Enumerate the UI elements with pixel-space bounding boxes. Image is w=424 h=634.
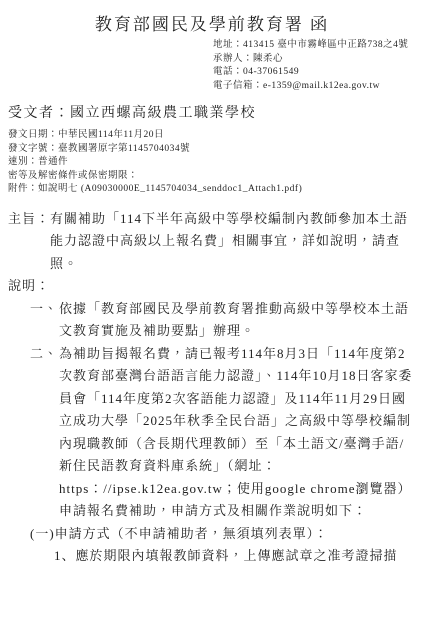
sender-phone: 電話：04-37061549: [213, 66, 416, 80]
recipient-line: 受文者：國立西螺高級農工職業學校: [8, 102, 416, 122]
item-number: 1、: [54, 545, 76, 568]
subject-block: 主旨： 有關補助「114下半年高級中等學校編制內教師參加本土語能力認證中高級以上…: [8, 208, 416, 276]
official-letter-page: 教育部國民及學前教育署 函 地址：413415 臺中市霧峰區中正路738之4號 …: [0, 0, 424, 634]
sender-contact-person: 承辦人：陳柔心: [213, 53, 416, 67]
explanation-item-2: 二、 為補助旨揭報名費，請已報考114年8月3日「114年度第2次教育部臺灣台語…: [30, 343, 416, 523]
meta-block: 發文日期：中華民國114年11月20日 發文字號：臺教國署原字第11457040…: [8, 129, 416, 197]
sender-email: 電子信箱：e-1359@mail.k12ea.gov.tw: [213, 80, 416, 94]
item-number: 二、: [30, 343, 59, 366]
sender-address: 地址：413415 臺中市霧峰區中正路738之4號: [213, 39, 416, 53]
explanation-item-2-1-1: 1、 應於期限內填報教師資料，上傳應試章之准考證掃描: [54, 545, 416, 568]
item-number: (一): [30, 523, 55, 546]
subject-label: 主旨：: [8, 208, 50, 231]
issue-date-line: 發文日期：中華民國114年11月20日: [8, 129, 416, 143]
priority-line: 速別：普通件: [8, 156, 416, 170]
explanation-label: 說明：: [8, 275, 416, 298]
item-text: 為補助旨揭報名費，請已報考114年8月3日「114年度第2次教育部臺灣台語語言能…: [59, 343, 416, 523]
item-number: 一、: [30, 298, 59, 321]
subject-text: 有關補助「114下半年高級中等學校編制內教師參加本土語能力認證中高級以上報名費」…: [50, 208, 416, 276]
item-text: 依據「教育部國民及學前教育署推動高級中等學校本土語文教育實施及補助要點」辦理。: [59, 298, 416, 343]
item-text: 申請方式（不申請補助者，無須填列表單）：: [55, 523, 416, 546]
explanation-item-2-1: (一) 申請方式（不申請補助者，無須填列表單）：: [30, 523, 416, 546]
item-text: 應於期限內填報教師資料，上傳應試章之准考證掃描: [76, 545, 416, 568]
doc-number-line: 發文字號：臺教國署原字第1145704034號: [8, 143, 416, 157]
sender-info-block: 地址：413415 臺中市霧峰區中正路738之4號 承辦人：陳柔心 電話：04-…: [213, 39, 416, 93]
attachment-line: 附件：如說明七 (A09030000E_1145704034_senddoc1_…: [8, 183, 416, 197]
security-line: 密等及解密條件或保密期限：: [8, 170, 416, 184]
document-title: 教育部國民及學前教育署 函: [8, 10, 416, 35]
explanation-item-1: 一、 依據「教育部國民及學前教育署推動高級中等學校本土語文教育實施及補助要點」辦…: [30, 298, 416, 343]
